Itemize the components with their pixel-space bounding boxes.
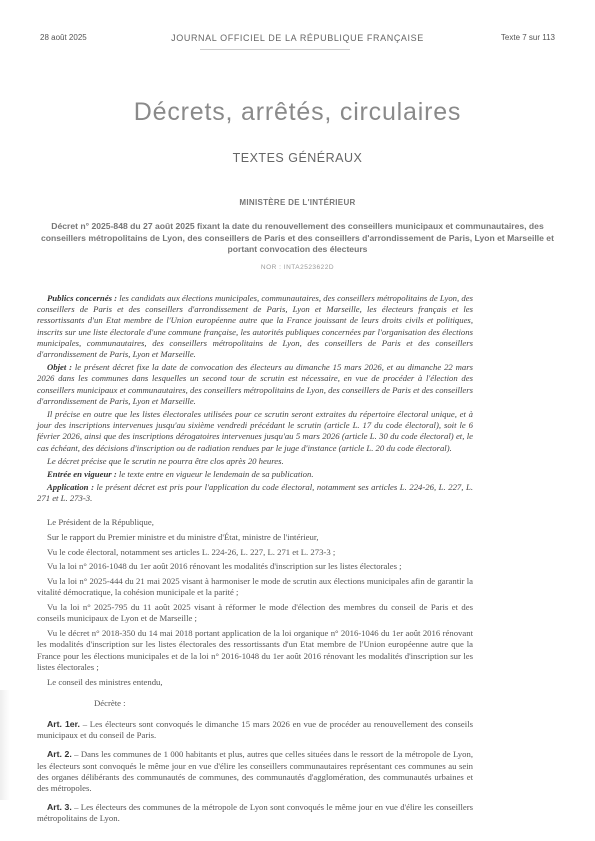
explanatory-notice: Publics concernés : les candidats aux él… (37, 293, 473, 507)
journal-title: JOURNAL OFFICIEL DE LA RÉPUBLIQUE FRANÇA… (40, 33, 555, 43)
subsection-title: TEXTES GÉNÉRAUX (0, 151, 595, 165)
section-title: Décrets, arrêtés, circulaires (0, 98, 595, 127)
article-label: Art. 3. (47, 802, 72, 812)
notice-application: Application : le présent décret est pris… (37, 482, 473, 504)
notice-publics: Publics concernés : les candidats aux él… (37, 293, 473, 360)
article-label: Art. 2. (47, 749, 72, 759)
president-line: Le Président de la République, (37, 517, 473, 528)
nor-reference: NOR : INTA2523622D (0, 264, 595, 271)
rapport-line: Sur le rapport du Premier ministre et du… (37, 532, 473, 543)
ministry-name: MINISTÈRE DE L'INTÉRIEUR (0, 198, 595, 207)
running-header: 28 août 2025 JOURNAL OFFICIEL DE LA RÉPU… (40, 33, 555, 47)
decree-body: Le Président de la République, Sur le ra… (37, 517, 473, 833)
article-3: Art. 3. – Les électeurs des communes de … (37, 802, 473, 824)
visa: Vu le décret n° 2018-350 du 14 mai 2018 … (37, 628, 473, 673)
visa: Vu la loi n° 2025-795 du 11 août 2025 vi… (37, 602, 473, 624)
decrete-line: Décrète : (37, 698, 473, 709)
text-reference: Texte 7 sur 113 (501, 33, 555, 42)
decree-title: Décret n° 2025-848 du 27 août 2025 fixan… (40, 221, 555, 256)
scan-edge-shadow (0, 690, 10, 800)
notice-label: Publics concernés : (47, 293, 117, 303)
notice-label: Application : (47, 482, 94, 492)
visa: Vu la loi n° 2016-1048 du 1er août 2016 … (37, 561, 473, 572)
article-2: Art. 2. – Dans les communes de 1 000 hab… (37, 749, 473, 794)
header-divider (200, 49, 350, 50)
conseil-line: Le conseil des ministres entendu, (37, 677, 473, 688)
visa: Vu la loi n° 2025-444 du 21 mai 2025 vis… (37, 576, 473, 598)
notice-label: Objet : (47, 362, 72, 372)
visa: Vu le code électoral, notamment ses arti… (37, 547, 473, 558)
notice-objet: Objet : le présent décret fixe la date d… (37, 362, 473, 407)
notice-entree: Entrée en vigueur : le texte entre en vi… (37, 469, 473, 480)
notice-label: Entrée en vigueur : (47, 469, 117, 479)
article-1: Art. 1er. – Les électeurs sont convoqués… (37, 719, 473, 741)
journal-page: 28 août 2025 JOURNAL OFFICIEL DE LA RÉPU… (0, 0, 595, 841)
notice-clos: Le décret précise que le scrutin ne pour… (37, 456, 473, 467)
article-label: Art. 1er. (47, 719, 80, 729)
notice-precise: Il précise en outre que les listes élect… (37, 409, 473, 454)
